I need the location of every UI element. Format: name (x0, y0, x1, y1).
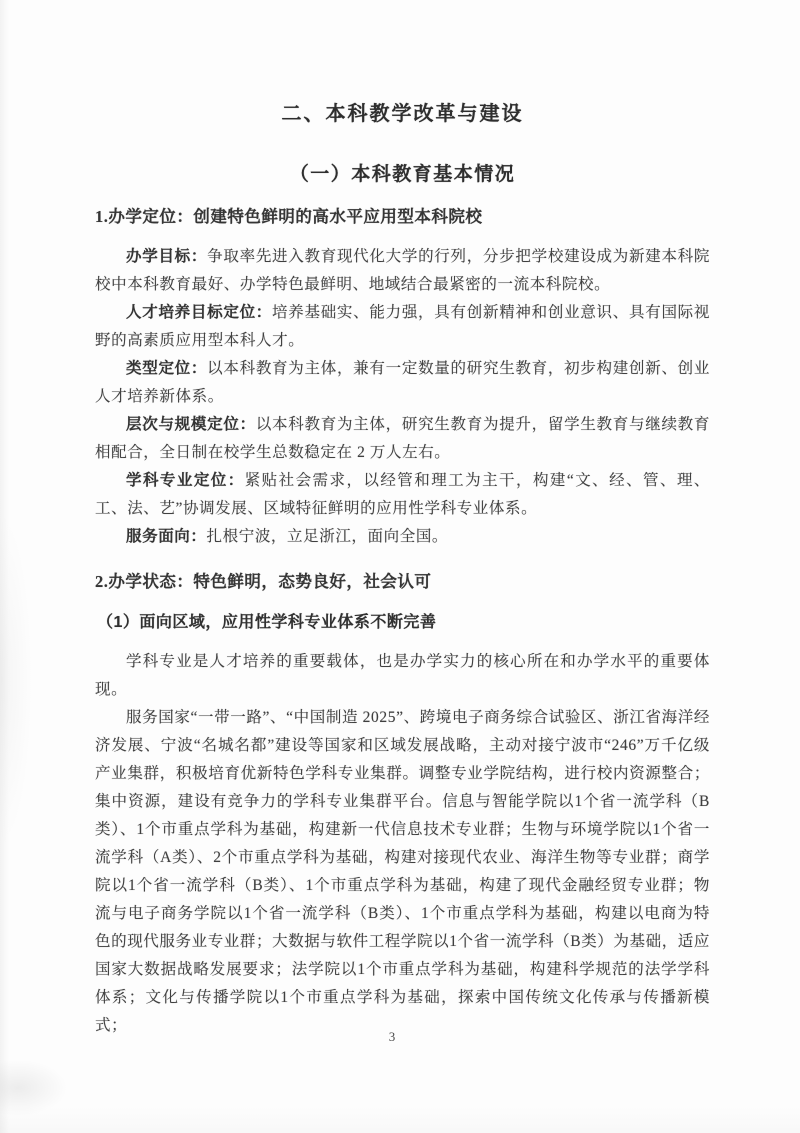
heading-region-oriented: （1）面向区域，应用性学科专业体系不断完善 (97, 609, 710, 632)
document-page: 二、本科教学改革与建设 （一）本科教育基本情况 1.办学定位：创建特色鲜明的高水… (0, 0, 800, 1133)
paragraph-label: 服务面向： (126, 528, 207, 545)
body-paragraphs: 学科专业是人才培养的重要载体，也是办学实力的核心所在和办学水平的重要体现。 服务… (95, 648, 710, 1040)
paragraph-label: 办学目标： (126, 248, 207, 265)
paragraph-school-goal: 办学目标：争取率先进入教育现代化大学的行列，分步把学校建设成为新建本科院校中本科… (95, 243, 710, 299)
paragraph-type-positioning: 类型定位：以本科教育为主体，兼有一定数量的研究生教育，初步构建创新、创业人才培养… (95, 355, 710, 411)
page-number: 3 (0, 1029, 784, 1045)
paragraph-discipline-carrier: 学科专业是人才培养的重要载体，也是办学实力的核心所在和办学水平的重要体现。 (95, 648, 710, 704)
paragraph-national-strategy: 服务国家“一带一路”、“中国制造 2025”、跨境电子商务综合试验区、浙江省海洋… (95, 704, 710, 1040)
paragraph-talent-goal: 人才培养目标定位：培养基础实、能力强，具有创新精神和创业意识、具有国际视野的高素… (95, 299, 710, 355)
document-content: 二、本科教学改革与建设 （一）本科教育基本情况 1.办学定位：创建特色鲜明的高水… (0, 97, 800, 1040)
paragraph-label: 学科专业定位： (126, 472, 245, 489)
paragraph-discipline-positioning: 学科专业定位：紧贴社会需求，以经管和理工为主干，构建“文、经、管、理、工、法、艺… (95, 467, 710, 523)
heading-school-status: 2.办学状态：特色鲜明，态势良好，社会认可 (95, 568, 710, 592)
positioning-paragraphs: 办学目标：争取率先进入教育现代化大学的行列，分步把学校建设成为新建本科院校中本科… (95, 243, 710, 551)
paragraph-level-scale: 层次与规模定位：以本科教育为主体，研究生教育为提升，留学生教育与继续教育相配合，… (95, 411, 710, 467)
paragraph-label: 层次与规模定位： (126, 416, 256, 433)
paragraph-service-orientation: 服务面向：扎根宁波，立足浙江，面向全国。 (95, 523, 710, 551)
section-title: （一）本科教育基本情况 (95, 159, 710, 186)
paragraph-label: 人才培养目标定位： (126, 304, 272, 321)
paragraph-text: 扎根宁波，立足浙江，面向全国。 (207, 528, 449, 545)
page-title: 二、本科教学改革与建设 (95, 97, 710, 126)
heading-positioning: 1.办学定位：创建特色鲜明的高水平应用型本科院校 (95, 203, 710, 227)
paragraph-label: 类型定位： (126, 360, 207, 377)
